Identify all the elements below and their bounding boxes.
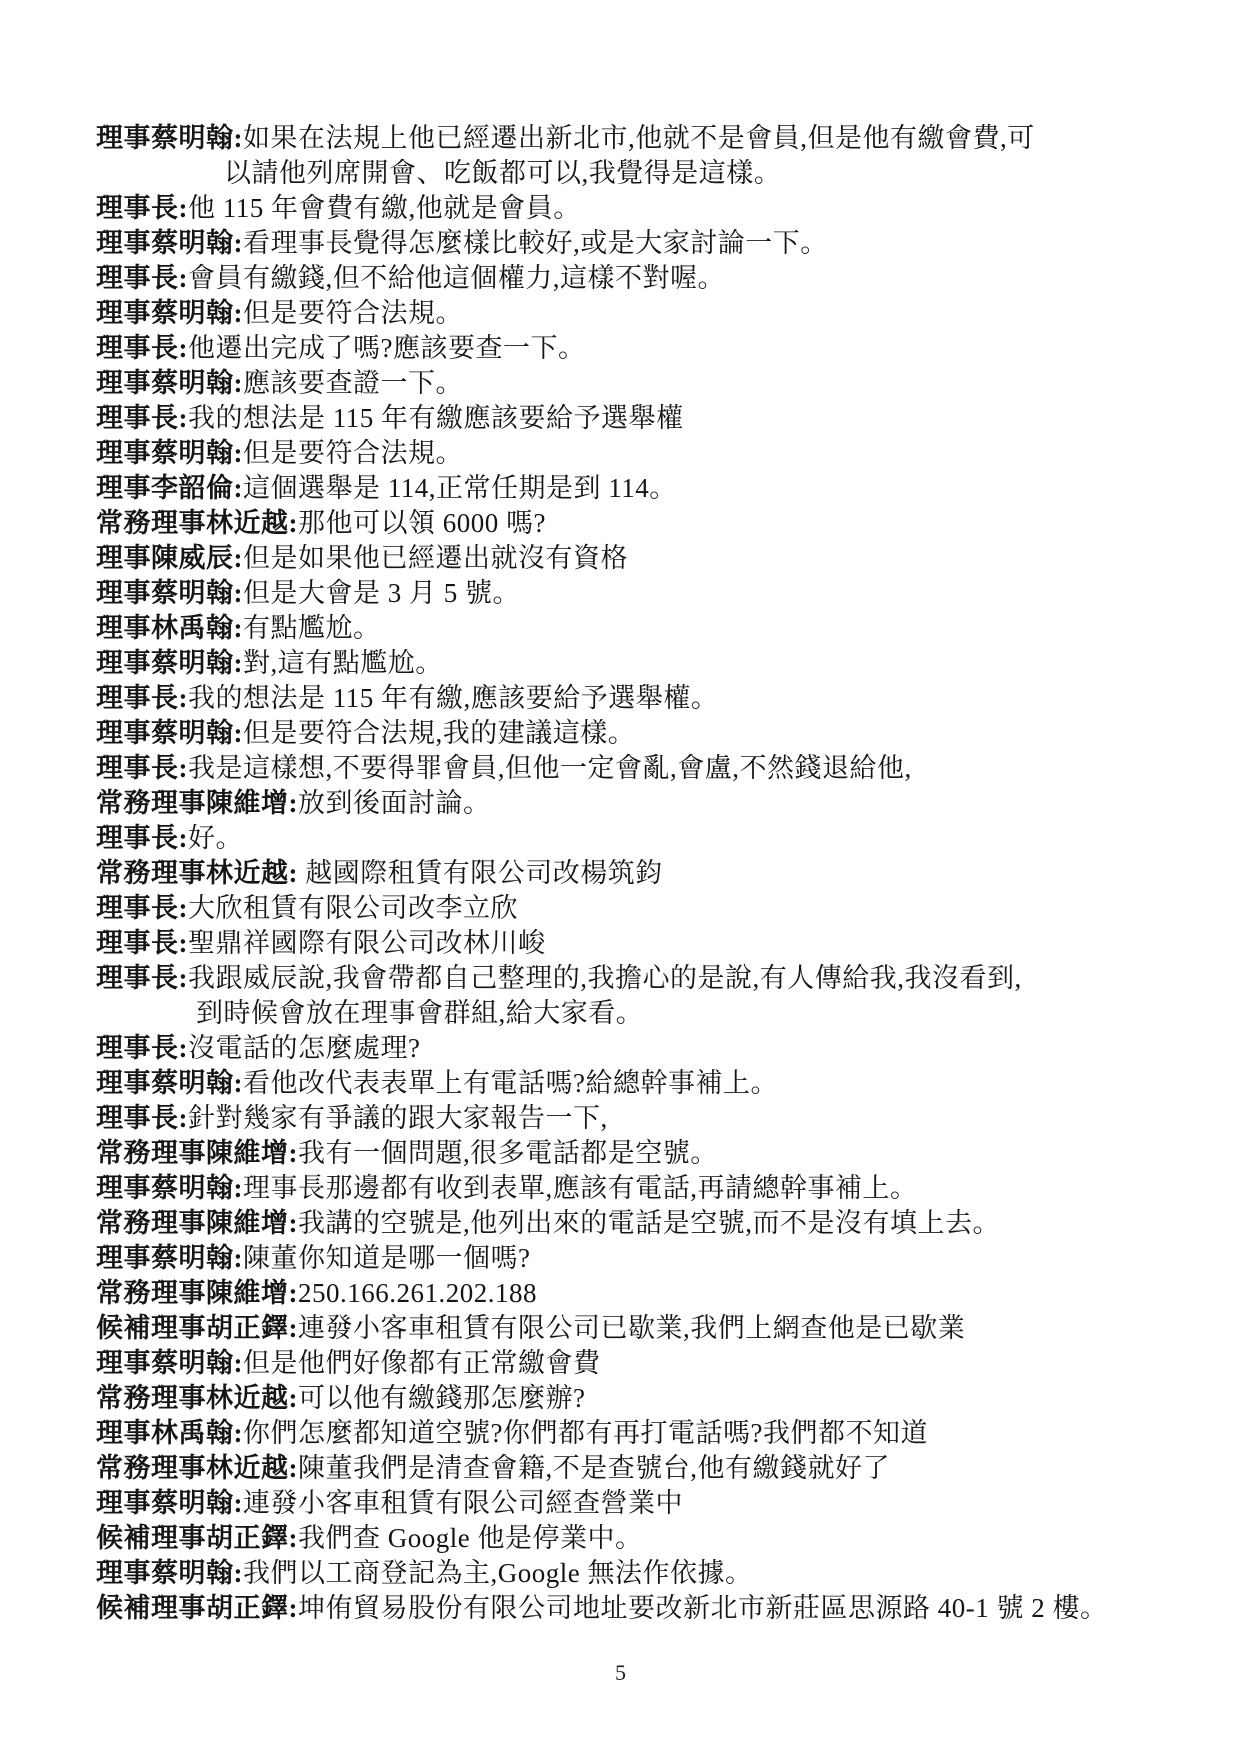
speaker-name: 候補理事胡正鐸: [96,1523,298,1553]
dialogue-line: 常務理事林近越:陳董我們是清查會籍,不是查號台,他有繳錢就好了 [96,1451,1171,1486]
speech-text: 以請他列席開會、吃飯都可以,我覺得是這樣。 [224,158,781,188]
dialogue-line: 理事蔡明翰:應該要查證一下。 [96,366,1171,401]
speaker-name: 理事長: [96,403,188,433]
speaker-name: 理事長: [96,1033,188,1063]
dialogue-line: 理事蔡明翰:看理事長覺得怎麼樣比較好,或是大家討論一下。 [96,226,1171,261]
dialogue-line: 常務理事林近越:那他可以領 6000 嗎? [96,506,1171,541]
speaker-name: 常務理事林近越: [96,1453,298,1483]
dialogue-line: 常務理事陳維增:250.166.261.202.188 [96,1276,1171,1311]
speaker-name: 理事蔡明翰: [96,298,243,328]
speaker-name: 常務理事林近越: [96,508,298,538]
meeting-minutes-dialogue: 理事蔡明翰:如果在法規上他已經遷出新北市,他就不是會員,但是他有繳會費,可以請他… [96,121,1171,1626]
speech-text: 我講的空號是,他列出來的電話是空號,而不是沒有填上去。 [298,1208,1000,1238]
dialogue-line: 常務理事陳維增:放到後面討論。 [96,786,1171,821]
dialogue-line: 理事長:他 115 年會費有繳,他就是會員。 [96,191,1171,226]
speech-text: 但是大會是 3 月 5 號。 [243,578,520,608]
dialogue-line: 理事長:我的想法是 115 年有繳,應該要給予選舉權。 [96,681,1171,716]
speech-text: 但是要符合法規,我的建議這樣。 [243,718,635,748]
speaker-name: 理事李韶倫: [96,473,243,503]
dialogue-line: 理事蔡明翰:連發小客車租賃有限公司經查營業中 [96,1486,1171,1521]
speaker-name: 理事蔡明翰: [96,228,243,258]
speech-text: 你們怎麼都知道空號?你們都有再打電話嗎?我們都不知道 [243,1418,928,1448]
speech-text: 陳董我們是清查會籍,不是查號台,他有繳錢就好了 [298,1453,890,1483]
speech-text: 但是如果他已經遷出就沒有資格 [243,543,628,573]
dialogue-line: 理事長:他遷出完成了嗎?應該要查一下。 [96,331,1171,366]
speech-text: 可以他有繳錢那怎麼辦? [298,1383,585,1413]
speaker-name: 候補理事胡正鐸: [96,1593,298,1623]
speaker-name: 理事蔡明翰: [96,1488,243,1518]
dialogue-line: 理事長:聖鼎祥國際有限公司改林川峻 [96,926,1171,961]
dialogue-line: 理事李韶倫:這個選舉是 114,正常任期是到 114。 [96,471,1171,506]
dialogue-line: 常務理事陳維增:我講的空號是,他列出來的電話是空號,而不是沒有填上去。 [96,1206,1171,1241]
speech-text: 坤侑貿易股份有限公司地址要改新北市新莊區思源路 40-1 號 2 樓。 [298,1593,1108,1623]
speech-text: 看他改代表表單上有電話嗎?給總幹事補上。 [243,1068,778,1098]
speaker-name: 理事長: [96,823,188,853]
speech-text: 越國際租賃有限公司改楊筑鈞 [298,858,663,888]
speech-text: 連發小客車租賃有限公司已歇業,我們上網查他是已歇業 [298,1313,965,1343]
dialogue-line: 理事長:大欣租賃有限公司改李立欣 [96,891,1171,926]
speaker-name: 理事蔡明翰: [96,1173,243,1203]
speaker-name: 理事林禹翰: [96,613,243,643]
dialogue-line: 理事蔡明翰:但是他們好像都有正常繳會費 [96,1346,1171,1381]
dialogue-line: 理事蔡明翰:但是要符合法規。 [96,436,1171,471]
speech-text: 那他可以領 6000 嗎? [298,508,546,538]
speech-text: 我們查 Google 他是停業中。 [298,1523,642,1553]
speaker-name: 理事長: [96,263,188,293]
dialogue-line: 理事林禹翰:你們怎麼都知道空號?你們都有再打電話嗎?我們都不知道 [96,1416,1171,1451]
speaker-name: 理事蔡明翰: [96,368,243,398]
speaker-name: 理事林禹翰: [96,1418,243,1448]
speech-text: 這個選舉是 114,正常任期是到 114。 [243,473,677,503]
dialogue-line: 理事長:會員有繳錢,但不給他這個權力,這樣不對喔。 [96,261,1171,296]
speech-text: 連發小客車租賃有限公司經查營業中 [243,1488,683,1518]
dialogue-line: 理事長:針對幾家有爭議的跟大家報告一下, [96,1101,1171,1136]
speech-text: 他 115 年會費有繳,他就是會員。 [188,193,581,223]
speaker-name: 理事長: [96,753,188,783]
dialogue-line: 理事蔡明翰:陳董你知道是哪一個嗎? [96,1241,1171,1276]
speaker-name: 理事長: [96,193,188,223]
speech-text: 針對幾家有爭議的跟大家報告一下, [188,1103,608,1133]
dialogue-line: 常務理事陳維增:我有一個問題,很多電話都是空號。 [96,1136,1171,1171]
speech-text: 對,這有點尷尬。 [243,648,443,678]
document-page: 理事蔡明翰:如果在法規上他已經遷出新北市,他就不是會員,但是他有繳會費,可以請他… [0,0,1241,1755]
speaker-name: 理事長: [96,1103,188,1133]
speech-text: 應該要查證一下。 [243,368,463,398]
speaker-name: 候補理事胡正鐸: [96,1313,298,1343]
speech-text: 到時候會放在理事會群組,給大家看。 [196,998,643,1028]
speaker-name: 常務理事林近越: [96,1383,298,1413]
speech-text: 理事長那邊都有收到表單,應該有電話,再請總幹事補上。 [243,1173,918,1203]
dialogue-line: 理事長:好。 [96,821,1171,856]
dialogue-line: 理事蔡明翰:對,這有點尷尬。 [96,646,1171,681]
speaker-name: 常務理事陳維增: [96,1138,298,1168]
dialogue-line: 理事蔡明翰:但是大會是 3 月 5 號。 [96,576,1171,611]
speaker-name: 理事蔡明翰: [96,1243,243,1273]
speech-text: 有點尷尬。 [243,613,381,643]
speaker-name: 理事蔡明翰: [96,648,243,678]
dialogue-line: 理事長:沒電話的怎麼處理? [96,1031,1171,1066]
dialogue-line-continuation: 到時候會放在理事會群組,給大家看。 [96,996,1171,1031]
speech-text: 我的想法是 115 年有繳,應該要給予選舉權。 [188,683,718,713]
speaker-name: 理事蔡明翰: [96,578,243,608]
speaker-name: 理事長: [96,683,188,713]
dialogue-line: 理事長:我的想法是 115 年有繳應該要給予選舉權 [96,401,1171,436]
speech-text: 我們以工商登記為主,Google 無法作依據。 [243,1558,752,1588]
speech-text: 沒電話的怎麼處理? [188,1033,420,1063]
dialogue-line: 理事蔡明翰:但是要符合法規,我的建議這樣。 [96,716,1171,751]
speaker-name: 常務理事陳維增: [96,1278,298,1308]
speaker-name: 理事長: [96,963,188,993]
speech-text: 好。 [188,823,243,853]
speech-text: 大欣租賃有限公司改李立欣 [188,893,518,923]
dialogue-line: 常務理事林近越: 越國際租賃有限公司改楊筑鈞 [96,856,1171,891]
speaker-name: 理事蔡明翰: [96,718,243,748]
dialogue-line: 候補理事胡正鐸:坤侑貿易股份有限公司地址要改新北市新莊區思源路 40-1 號 2… [96,1591,1171,1626]
speaker-name: 理事長: [96,928,188,958]
dialogue-line: 理事林禹翰:有點尷尬。 [96,611,1171,646]
dialogue-line: 理事蔡明翰:如果在法規上他已經遷出新北市,他就不是會員,但是他有繳會費,可 [96,121,1171,156]
speech-text: 如果在法規上他已經遷出新北市,他就不是會員,但是他有繳會費,可 [243,123,1035,153]
speaker-name: 理事蔡明翰: [96,1068,243,1098]
speech-text: 我的想法是 115 年有繳應該要給予選舉權 [188,403,684,433]
page-number: 5 [0,1660,1241,1686]
speech-text: 250.166.261.202.188 [298,1278,537,1308]
dialogue-line: 候補理事胡正鐸:連發小客車租賃有限公司已歇業,我們上網查他是已歇業 [96,1311,1171,1346]
speech-text: 我有一個問題,很多電話都是空號。 [298,1138,718,1168]
dialogue-line: 理事蔡明翰:我們以工商登記為主,Google 無法作依據。 [96,1556,1171,1591]
speaker-name: 常務理事陳維增: [96,788,298,818]
speaker-name: 理事陳威辰: [96,543,243,573]
speaker-name: 理事蔡明翰: [96,1348,243,1378]
speech-text: 我跟威辰說,我會帶都自己整理的,我擔心的是說,有人傳給我,我沒看到, [188,963,1022,993]
speech-text: 看理事長覺得怎麼樣比較好,或是大家討論一下。 [243,228,828,258]
speaker-name: 常務理事陳維增: [96,1208,298,1238]
speaker-name: 理事蔡明翰: [96,123,243,153]
speech-text: 陳董你知道是哪一個嗎? [243,1243,530,1273]
speech-text: 但是要符合法規。 [243,438,463,468]
speech-text: 我是這樣想,不要得罪會員,但他一定會亂,會盧,不然錢退給他, [188,753,912,783]
speaker-name: 理事長: [96,333,188,363]
speech-text: 會員有繳錢,但不給他這個權力,這樣不對喔。 [188,263,725,293]
speaker-name: 理事蔡明翰: [96,1558,243,1588]
speech-text: 但是他們好像都有正常繳會費 [243,1348,601,1378]
speech-text: 聖鼎祥國際有限公司改林川峻 [188,928,546,958]
dialogue-line: 理事蔡明翰:理事長那邊都有收到表單,應該有電話,再請總幹事補上。 [96,1171,1171,1206]
speech-text: 他遷出完成了嗎?應該要查一下。 [188,333,585,363]
dialogue-line: 理事蔡明翰:看他改代表表單上有電話嗎?給總幹事補上。 [96,1066,1171,1101]
speech-text: 但是要符合法規。 [243,298,463,328]
speech-text: 放到後面討論。 [298,788,491,818]
dialogue-line: 理事陳威辰:但是如果他已經遷出就沒有資格 [96,541,1171,576]
dialogue-line: 常務理事林近越:可以他有繳錢那怎麼辦? [96,1381,1171,1416]
dialogue-line-continuation: 以請他列席開會、吃飯都可以,我覺得是這樣。 [96,156,1171,191]
dialogue-line: 理事長:我是這樣想,不要得罪會員,但他一定會亂,會盧,不然錢退給他, [96,751,1171,786]
speaker-name: 理事長: [96,893,188,923]
speaker-name: 理事蔡明翰: [96,438,243,468]
dialogue-line: 候補理事胡正鐸:我們查 Google 他是停業中。 [96,1521,1171,1556]
dialogue-line: 理事長:我跟威辰說,我會帶都自己整理的,我擔心的是說,有人傳給我,我沒看到, [96,961,1171,996]
dialogue-line: 理事蔡明翰:但是要符合法規。 [96,296,1171,331]
speaker-name: 常務理事林近越: [96,858,298,888]
